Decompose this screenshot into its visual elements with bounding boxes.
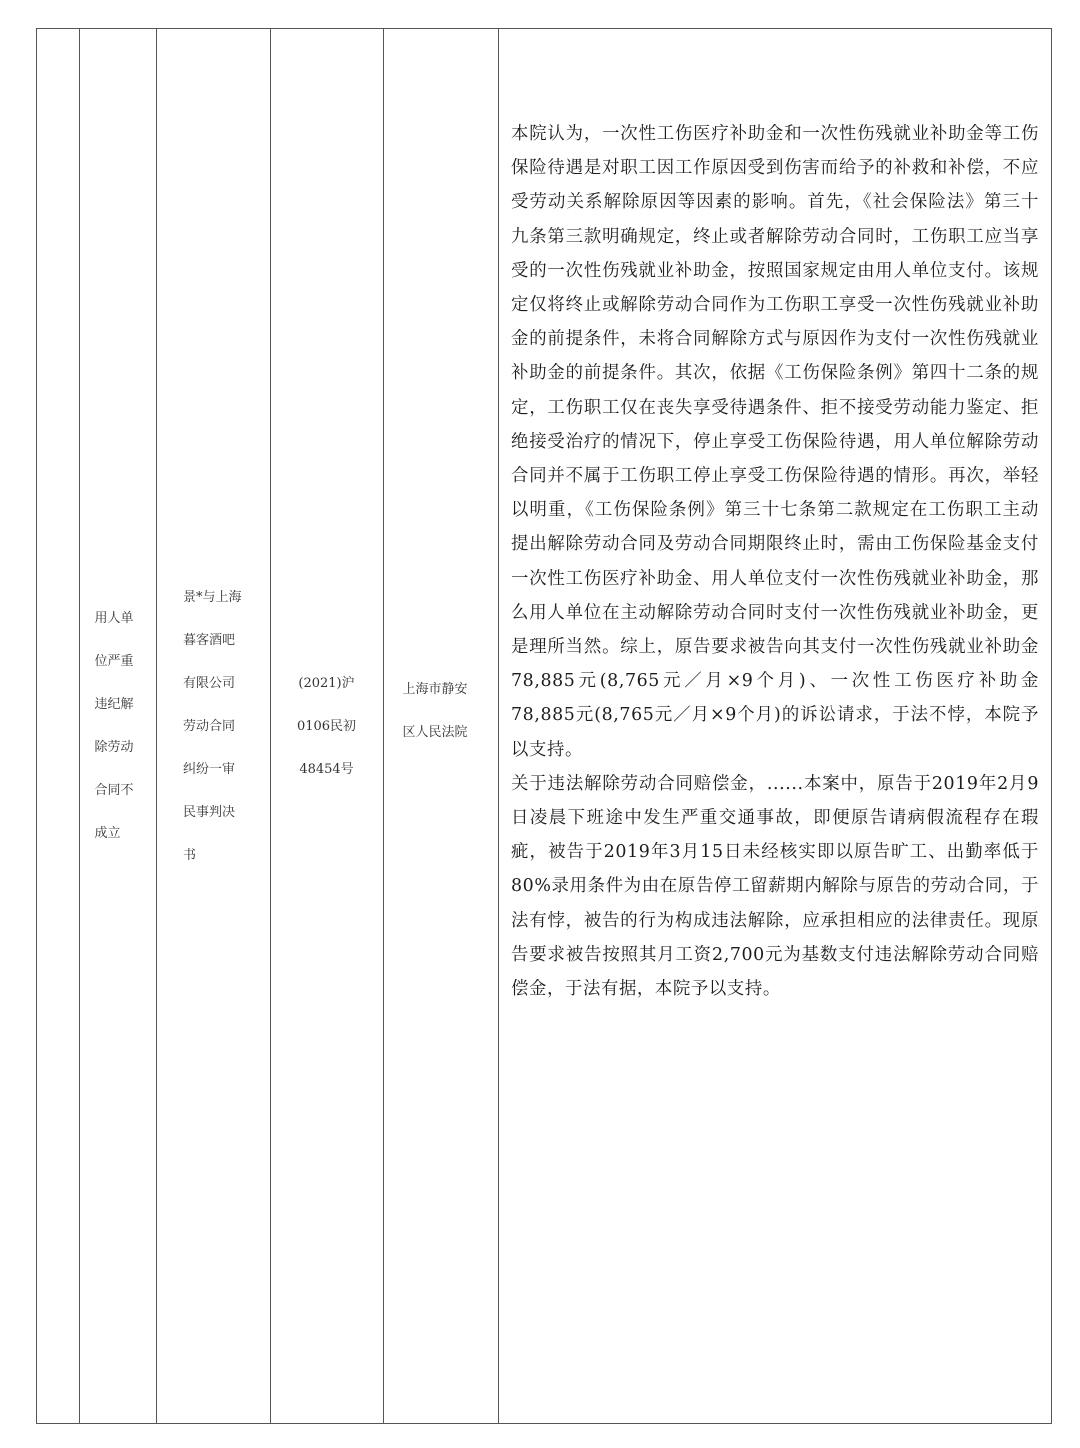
judgment-paragraph: 本院认为，一次性工伤医疗补助金和一次性伤残就业补助金等工伤保险待遇是对职工因工作… bbox=[511, 117, 1039, 767]
judgment-table: 用人单位严重违纪解除劳动合同不成立 景*与上海暮客酒吧有限公司劳动合同纠纷一审民… bbox=[36, 28, 1052, 1424]
court-cell: 上海市静安区人民法院 bbox=[383, 29, 498, 1423]
category-text: 用人单位严重违纪解除劳动合同不成立 bbox=[95, 597, 137, 855]
category-cell: 用人单位严重违纪解除劳动合同不成立 bbox=[79, 29, 156, 1423]
judgment-paragraph: 关于违法解除劳动合同赔偿金，......本案中，原告于2019年2月9日凌晨下班… bbox=[511, 767, 1039, 1006]
judgment-text-cell: 本院认为，一次性工伤医疗补助金和一次性伤残就业补助金等工伤保险待遇是对职工因工作… bbox=[511, 117, 1039, 1006]
case-number-text: (2021)沪0106民初48454号 bbox=[296, 662, 358, 791]
case-name-text: 景*与上海暮客酒吧有限公司劳动合同纠纷一审民事判决书 bbox=[183, 576, 243, 877]
case-number-cell: (2021)沪0106民初48454号 bbox=[270, 29, 383, 1423]
court-text: 上海市静安区人民法院 bbox=[403, 668, 479, 754]
case-name-cell: 景*与上海暮客酒吧有限公司劳动合同纠纷一审民事判决书 bbox=[156, 29, 270, 1423]
index-cell bbox=[37, 29, 79, 1423]
column-divider bbox=[498, 29, 499, 1423]
